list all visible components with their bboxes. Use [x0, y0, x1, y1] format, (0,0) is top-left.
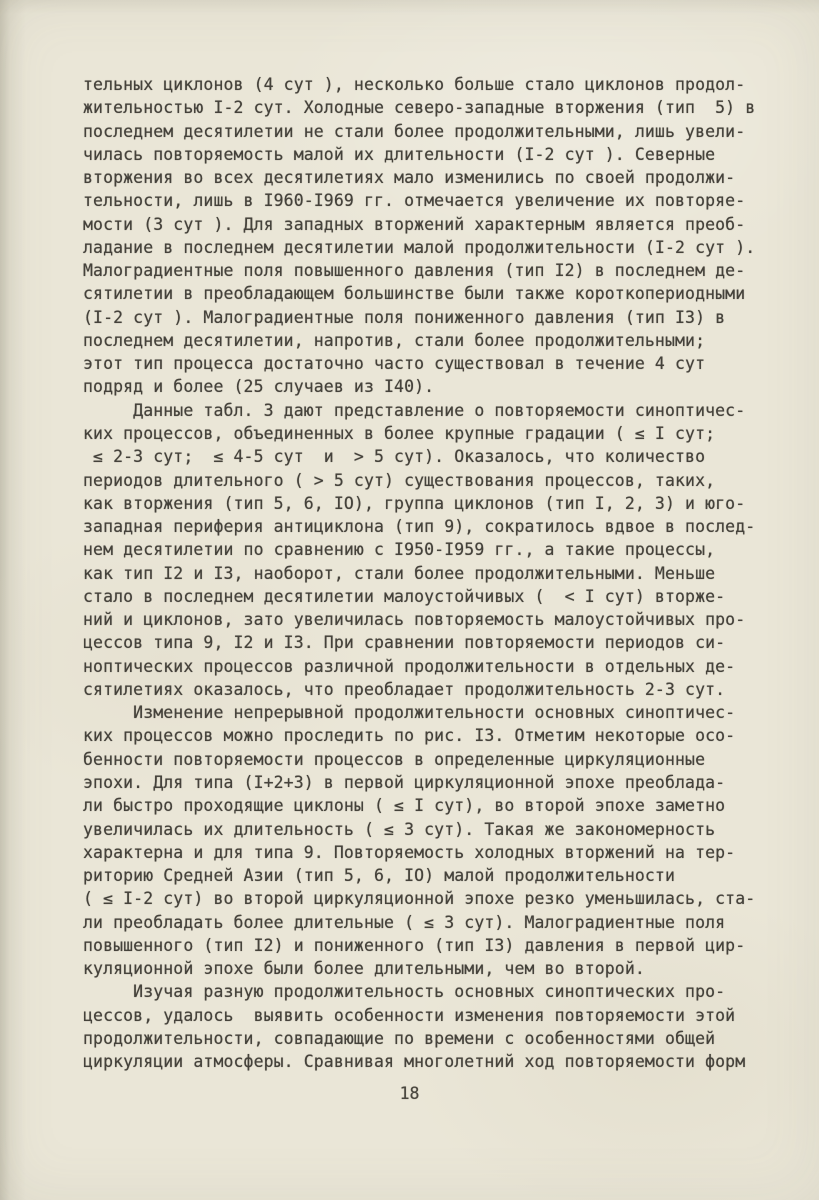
text-line: увеличилась их длительность ( ≤ 3 сут). … [83, 818, 783, 841]
text-line: вторжения во всех десятилетиях мало изме… [83, 166, 783, 189]
text-line: ких процессов, объединенных в более круп… [83, 422, 783, 445]
typewritten-text: тельных циклонов (4 сут ), несколько бол… [83, 73, 783, 1073]
text-line: как вторжения (тип 5, 6, IO), группа цик… [83, 492, 783, 515]
text-line: характерна и для типа 9. Повторяемость х… [83, 841, 783, 864]
text-line: западная периферия антициклона (тип 9), … [83, 515, 783, 538]
text-line: эпохи. Для типа (I+2+3) в первой циркуля… [83, 771, 783, 794]
text-line: нем десятилетии по сравнению с I950-I959… [83, 538, 783, 561]
text-line: ноптических процессов различной продолжи… [83, 655, 783, 678]
text-line: чилась повторяемость малой их длительнос… [83, 143, 783, 166]
text-line: тельных циклонов (4 сут ), несколько бол… [83, 73, 783, 96]
text-line: Изучая разную продолжительность основных… [83, 980, 783, 1003]
page-number: 18 [0, 1084, 819, 1103]
text-line: Малоградиентные поля повышенного давлени… [83, 259, 783, 282]
text-line: Изменение непрерывной продолжительности … [83, 701, 783, 724]
text-line: как тип I2 и I3, наоборот, стали более п… [83, 562, 783, 585]
text-line: стало в последнем десятилетии малоустойч… [83, 585, 783, 608]
text-line: цессов типа 9, I2 и I3. При сравнении по… [83, 631, 783, 654]
scanned-document-page: тельных циклонов (4 сут ), несколько бол… [0, 0, 819, 1200]
text-line: ≤ 2-3 сут; ≤ 4-5 сут и > 5 сут). Оказало… [83, 445, 783, 468]
text-line: ладание в последнем десятилетии малой пр… [83, 236, 783, 259]
text-line: сятилетии в преобладающем большинстве бы… [83, 282, 783, 305]
text-line: цессов, удалось выявить особенности изме… [83, 1004, 783, 1027]
text-line: циркуляции атмосферы. Сравнивая многолет… [83, 1050, 783, 1073]
text-line: Данные табл. 3 дают представление о повт… [83, 399, 783, 422]
text-line: подряд и более (25 случаев из I40). [83, 375, 783, 398]
text-line: риторию Средней Азии (тип 5, 6, IO) мало… [83, 864, 783, 887]
text-line: периодов длительного ( > 5 сут) существо… [83, 469, 783, 492]
text-line: куляционной эпохе были более длительными… [83, 957, 783, 980]
text-line: жительностью I-2 сут. Холодные северо-за… [83, 96, 783, 119]
text-line: сятилетиях оказалось, что преобладает пр… [83, 678, 783, 701]
text-line: повышенного (тип I2) и пониженного (тип … [83, 934, 783, 957]
text-line: бенности повторяемости процессов в опред… [83, 748, 783, 771]
text-line: ли быстро проходящие циклоны ( ≤ I сут),… [83, 794, 783, 817]
text-line: продолжительности, совпадающие по времен… [83, 1027, 783, 1050]
text-line: ли преобладать более длительные ( ≤ 3 су… [83, 911, 783, 934]
text-line: ких процессов можно проследить по рис. I… [83, 724, 783, 747]
text-line: тельности, лишь в I960-I969 гг. отмечает… [83, 189, 783, 212]
text-line: (I-2 сут ). Малоградиентные поля понижен… [83, 306, 783, 329]
text-line: этот тип процесса достаточно часто сущес… [83, 352, 783, 375]
text-line: мости (3 сут ). Для западных вторжений х… [83, 213, 783, 236]
text-line: ний и циклонов, зато увеличилась повторя… [83, 608, 783, 631]
text-line: ( ≤ I-2 сут) во второй циркуляционной эп… [83, 887, 783, 910]
text-line: последнем десятилетии не стали более про… [83, 120, 783, 143]
text-line: последнем десятилетии, напротив, стали б… [83, 329, 783, 352]
